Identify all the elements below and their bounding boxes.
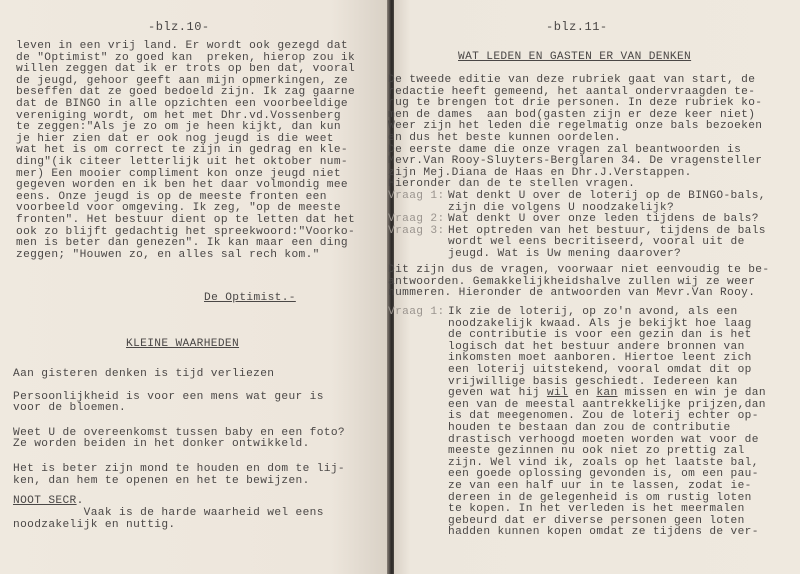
answer-label: Vraag 1: <box>388 307 445 319</box>
question-text: Wat denkt U over de loterij op de BINGO-… <box>448 191 766 203</box>
answer-text: meeste gezinnen nu ook niet zo prettig z… <box>448 446 766 458</box>
text-line: voor de bloemen. <box>13 403 345 415</box>
text-line: dat de BINGO in alle opzichten een voorb… <box>16 99 355 111</box>
text-line: De tweede editie van deze rubriek gaat v… <box>388 75 762 87</box>
answer-text: hadden kunnen kopen omdat ze tijdens de … <box>448 527 766 539</box>
text-line: te zeggen:"Als je zo om je heen kijkt, d… <box>16 122 355 134</box>
article-body: leven in een vrij land. Er wordt ook gez… <box>16 41 355 261</box>
page-number-left: -blz.10- <box>148 20 210 34</box>
answer-text: geven wat hij wil en kan missen en win j… <box>448 388 766 400</box>
question-label: Vraag 3: <box>388 226 445 238</box>
text-line: Het is beter zijn mond te houden en dom … <box>13 464 345 476</box>
question-label: Vraag 1: <box>388 191 445 203</box>
text-line: Ze worden beiden in het donker ontwikkel… <box>13 439 345 451</box>
question-item: Vraag 3:Het optreden van het bestuur, ti… <box>388 226 766 261</box>
text-line: men is beter dan genezen". Ik kan maar e… <box>16 238 355 250</box>
answer-text: een loterij uitstekend, vooral omdat dit… <box>448 365 766 377</box>
question-text: jeugd. Wat is Uw mening daarover? <box>448 249 766 261</box>
right-page: -blz.11- WAT LEDEN EN GASTEN ER VAN DENK… <box>394 0 800 574</box>
question-item: Vraag 1:Wat denkt U over de loterij op d… <box>388 191 766 214</box>
saying: Het is beter zijn mond te houden en dom … <box>13 464 345 487</box>
text-line: Vaak is de harde waarheid wel eens <box>13 508 324 520</box>
answer-text: Ik zie de loterij, op zo'n avond, als ee… <box>448 307 766 319</box>
text-line: gegeven worden en ik ben het daar volmon… <box>16 180 355 192</box>
questions-list: Vraag 1:Wat denkt U over de loterij op d… <box>388 191 766 261</box>
saying: Weet U de overeenkomst tussen baby en ee… <box>13 428 345 451</box>
signature: De Optimist.- <box>204 292 296 304</box>
note-body: Vaak is de harde waarheid wel eensnoodza… <box>13 508 324 531</box>
note-label: NOOT SECR. <box>13 496 84 508</box>
answer-block: Vraag 1:Ik zie de loterij, op zo'n avond… <box>388 307 766 539</box>
transition-body: Dit zijn dus de vragen, voorwaar niet ee… <box>388 265 769 300</box>
text-line: ding"(ik citeer letterlijk uit het oktob… <box>16 157 355 169</box>
text-line: leven in een vrij land. Er wordt ook gez… <box>16 41 355 53</box>
section-title-leden-gasten: WAT LEDEN EN GASTEN ER VAN DENKEN <box>458 51 691 63</box>
text-line: ken, dan hem te openen en het te bewijze… <box>13 476 345 488</box>
left-page: -blz.10- leven in een vrij land. Er word… <box>0 0 389 574</box>
text-line: Dit zijn dus de vragen, voorwaar niet ee… <box>388 265 769 277</box>
saying: Aan gisteren denken is tijd verliezen <box>13 369 345 381</box>
intro-body: De tweede editie van deze rubriek gaat v… <box>388 75 762 191</box>
text-line: nummeren. Hieronder de antwoorden van Me… <box>388 288 769 300</box>
section-title-kleine-waarheden: KLEINE WAARHEDEN <box>126 338 239 350</box>
text-line: fronten". Het bestuur dient op te letten… <box>16 215 355 227</box>
text-line: Aan gisteren denken is tijd verliezen <box>13 369 345 381</box>
sayings-list: Aan gisteren denken is tijd verliezenPer… <box>13 369 345 500</box>
text-line: en dus het beste kunnen oordelen. <box>388 133 762 145</box>
saying: Persoonlijkheid is voor een mens wat geu… <box>13 392 345 415</box>
answer-text: houden te bestaan dan zou de contributie <box>448 423 766 435</box>
answer-text: te kopen. In het verleden is het meermal… <box>448 504 766 516</box>
text-line: noodzakelijk en nuttig. <box>13 520 324 532</box>
text-line: zeggen; "Houwen zo, en alles sal rech ko… <box>16 250 355 262</box>
text-line: Mevr.Van Rooy-Sluyters-Berglaren 34. De … <box>388 156 762 168</box>
note-label-text: NOOT SECR <box>13 495 77 507</box>
page-number-right: -blz.11- <box>546 20 608 34</box>
answer-text: ze van een half uur in te lassen, zodat … <box>448 481 766 493</box>
